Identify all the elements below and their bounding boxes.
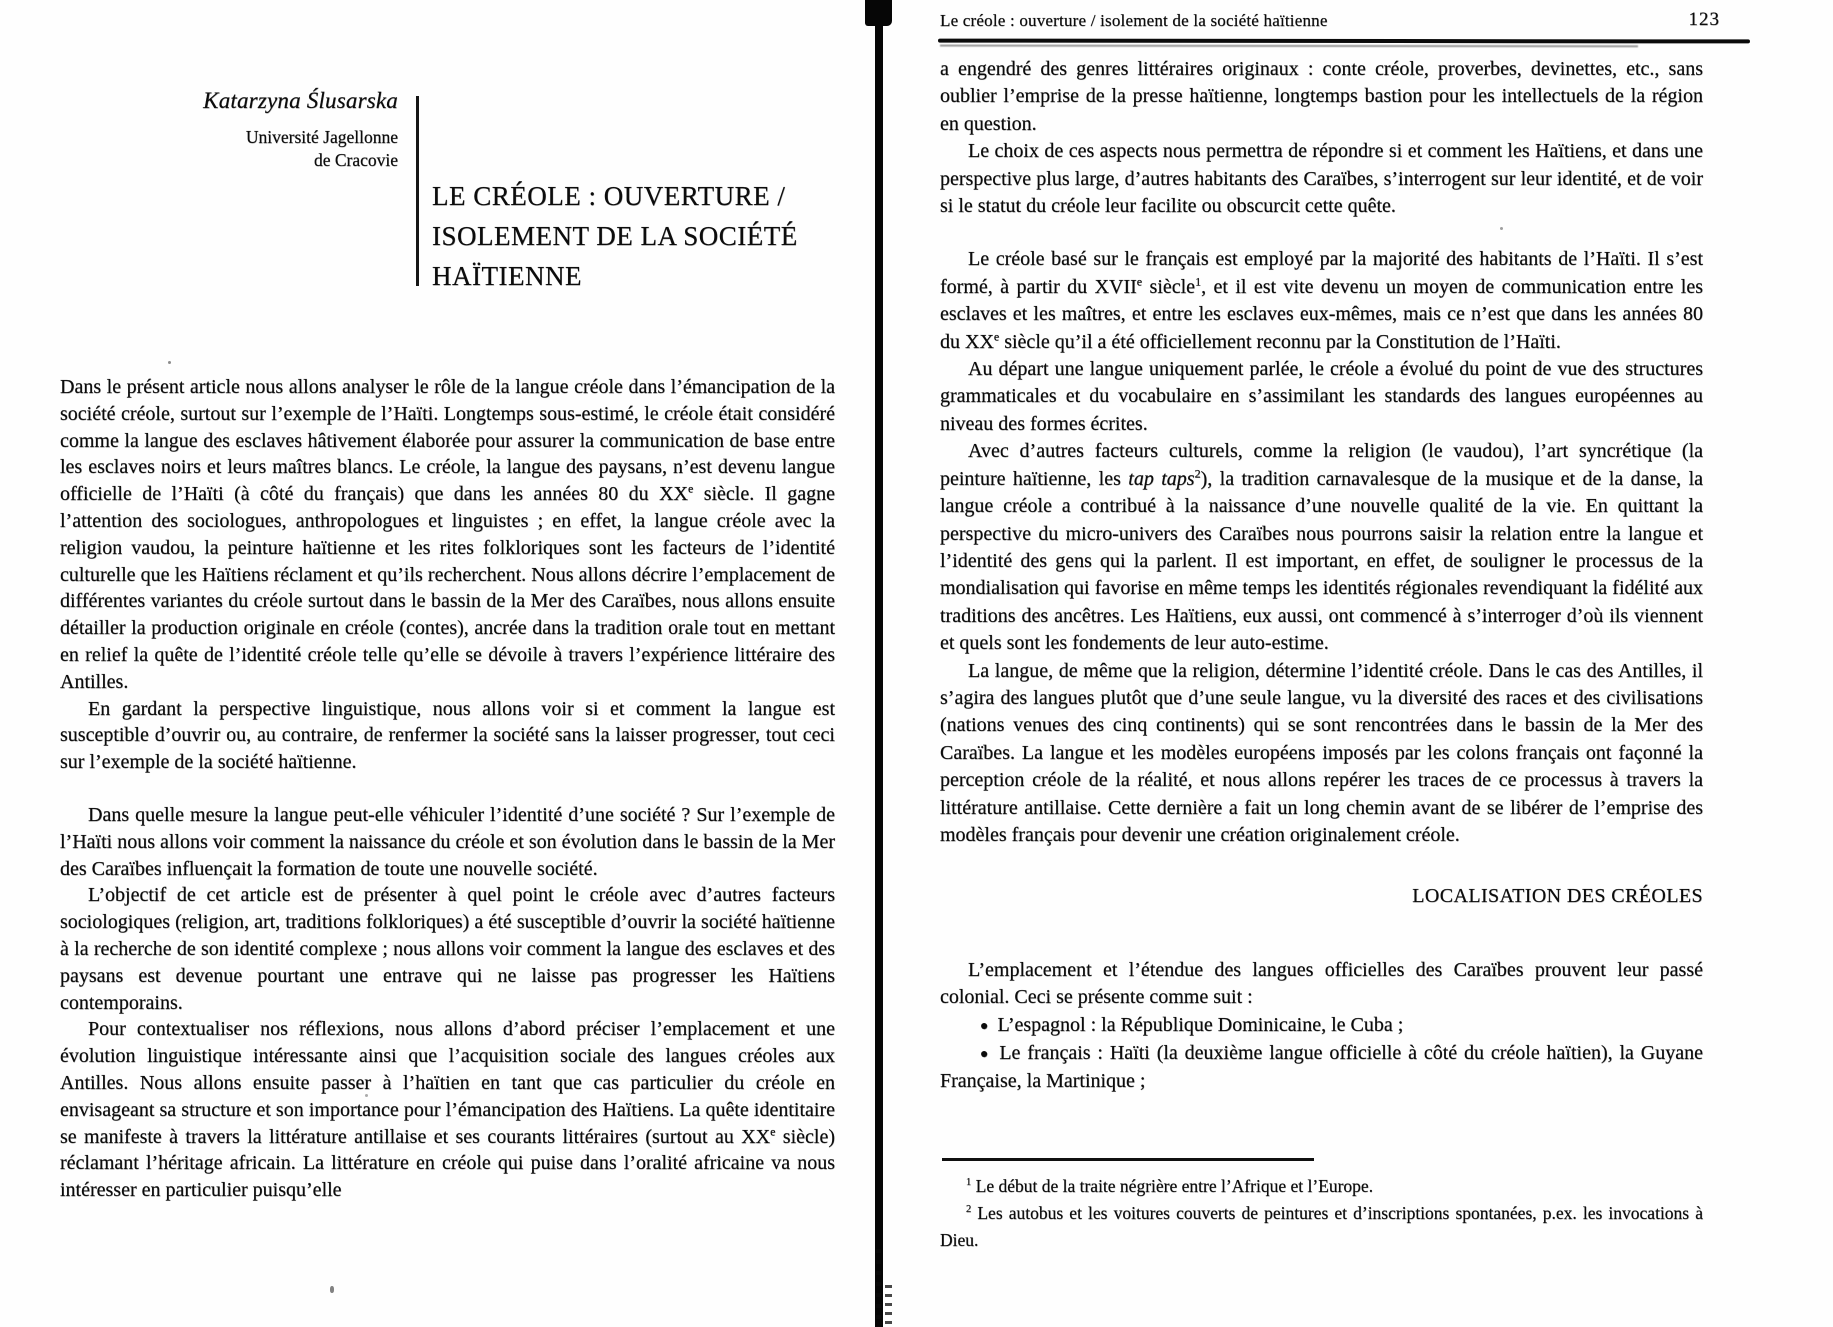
footnote: 2 Les autobus et les voitures couverts d… bbox=[940, 1200, 1703, 1254]
footnote-rule bbox=[942, 1158, 1314, 1161]
article-title-line: ISOLEMENT DE LA SOCIÉTÉ bbox=[432, 216, 852, 256]
gutter-line bbox=[875, 0, 883, 1327]
gutter-scan-marks bbox=[885, 1285, 892, 1327]
bullet-item: ●Le français : Haïti (la deuxième langue… bbox=[940, 1040, 1703, 1096]
header-rule bbox=[938, 39, 1750, 44]
bullet-text: L’espagnol : la République Dominicaine, … bbox=[997, 1014, 1403, 1036]
gutter-scan-marks bbox=[876, 1249, 881, 1327]
page-number: 123 bbox=[1689, 9, 1721, 31]
bullet-icon: ● bbox=[980, 1047, 990, 1062]
paragraph: L’objectif de cet article est de présent… bbox=[60, 882, 835, 1016]
paragraph: L’emplacement et l’étendue des langues o… bbox=[940, 957, 1703, 1012]
footnote: 1 Le début de la traite négrière entre l… bbox=[940, 1173, 1703, 1200]
paragraph: Dans quelle mesure la langue peut-elle v… bbox=[60, 802, 835, 882]
article-title-line: HAÏTIENNE bbox=[432, 256, 852, 296]
scanned-page-spread: Katarzyna Ślusarska Université Jagellonn… bbox=[0, 0, 1833, 1327]
paragraph: Pour contextualiser nos réflexions, nous… bbox=[60, 1016, 835, 1204]
paragraph: En gardant la perspective linguistique, … bbox=[60, 696, 835, 776]
paragraph: Au départ une langue uniquement parlée, … bbox=[940, 356, 1703, 438]
author-affiliation: Université Jagellonne de Cracovie bbox=[140, 126, 398, 172]
scan-artifact-dot bbox=[330, 1286, 334, 1293]
paragraph: La langue, de même que la religion, déte… bbox=[940, 658, 1703, 850]
paragraph: Dans le présent article nous allons anal… bbox=[60, 374, 835, 696]
title-divider-rule bbox=[416, 96, 419, 286]
left-page: Katarzyna Ślusarska Université Jagellonn… bbox=[60, 0, 835, 1327]
scan-artifact-dot bbox=[1500, 227, 1503, 230]
paragraph: Avec d’autres facteurs culturels, comme … bbox=[940, 438, 1703, 657]
article-title: LE CRÉOLE : OUVERTURE / ISOLEMENT DE LA … bbox=[432, 176, 852, 296]
right-page-body: a engendré des genres littéraires origin… bbox=[940, 56, 1703, 1096]
affiliation-line: de Cracovie bbox=[140, 149, 398, 172]
left-page-body: Dans le présent article nous allons anal… bbox=[60, 374, 835, 1204]
page-gutter-shadow bbox=[869, 0, 893, 1327]
scan-artifact-dot bbox=[168, 361, 171, 364]
paragraph: Le choix de ces aspects nous permettra d… bbox=[940, 138, 1703, 220]
section-heading: LOCALISATION DES CRÉOLES bbox=[940, 883, 1703, 910]
bullet-item: ●L’espagnol : la République Dominicaine,… bbox=[940, 1012, 1703, 1040]
right-page: Le créole : ouverture / isolement de la … bbox=[940, 0, 1715, 1327]
bullet-text: Le français : Haïti (la deuxième langue … bbox=[940, 1042, 1703, 1092]
paragraph: Le créole basé sur le français est emplo… bbox=[940, 246, 1703, 356]
running-title: Le créole : ouverture / isolement de la … bbox=[940, 11, 1328, 30]
author-name: Katarzyna Ślusarska bbox=[140, 88, 398, 114]
author-block: Katarzyna Ślusarska Université Jagellonn… bbox=[140, 88, 398, 172]
bullet-icon: ● bbox=[980, 1019, 988, 1034]
paragraph: a engendré des genres littéraires origin… bbox=[940, 56, 1703, 138]
running-header: Le créole : ouverture / isolement de la … bbox=[940, 11, 1720, 31]
scan-artifact-dot bbox=[365, 1094, 368, 1097]
footnotes-block: 1 Le début de la traite négrière entre l… bbox=[940, 1158, 1703, 1254]
article-title-line: LE CRÉOLE : OUVERTURE / bbox=[432, 176, 852, 216]
affiliation-line: Université Jagellonne bbox=[140, 126, 398, 149]
